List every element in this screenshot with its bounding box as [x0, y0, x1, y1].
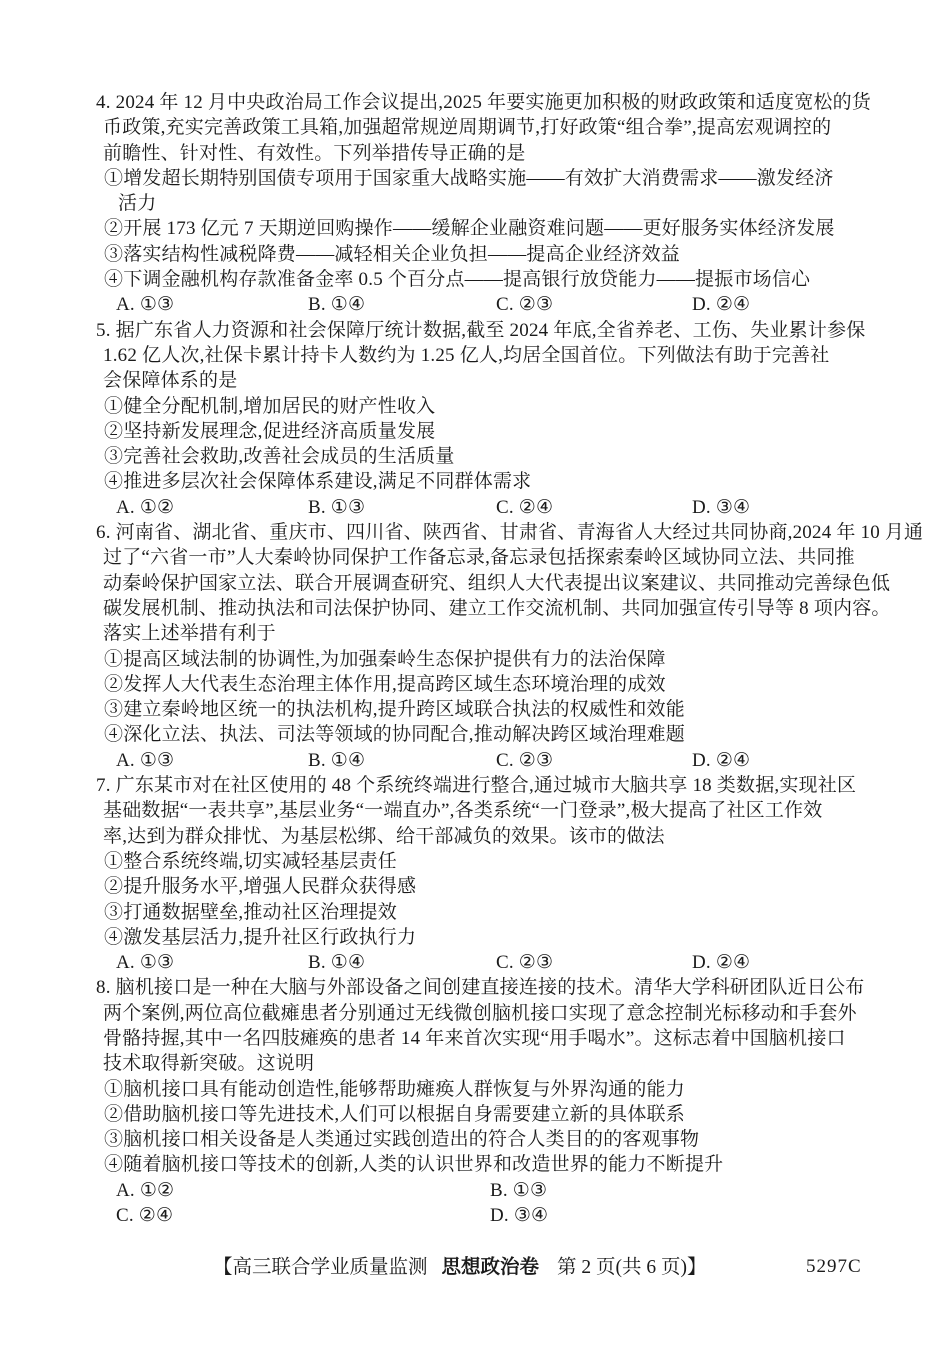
question-4-item-line: ③落实结构性减税降费——减轻相关企业负担——提高企业经济效益 [96, 242, 876, 267]
question-5-item-line: ①健全分配机制,增加居民的财产性收入 [96, 394, 876, 419]
footer-monitor-title: 【高三联合学业质量监测 [213, 1257, 428, 1278]
question-4-option-C: C. ②③ [496, 292, 553, 317]
question-4-number: 4. [96, 92, 116, 113]
question-5-number: 5. [96, 320, 116, 341]
question-4-option-B: B. ①④ [308, 292, 365, 317]
question-5-item-line: ②坚持新发展理念,促进经济高质量发展 [96, 419, 876, 444]
question-5-option-C: C. ②④ [496, 495, 553, 520]
footer-subject-title: 思想政治卷 [442, 1256, 540, 1278]
question-8-option-C: C. ②④ [116, 1203, 173, 1228]
question-5-options-row: A. ①②B. ①③C. ②④D. ③④ [96, 495, 876, 520]
question-8-item-line: ②借助脑机接口等先进技术,人们可以根据自身需要建立新的具体联系 [96, 1102, 876, 1127]
question-6-option-C: C. ②③ [496, 748, 553, 773]
question-8-option-B: B. ①③ [490, 1178, 547, 1203]
question-7-option-A: A. ①③ [116, 950, 174, 975]
question-8-option-A: A. ①② [116, 1178, 174, 1203]
question-6-item-line: ③建立秦岭地区统一的执法机构,提升跨区域联合执法的权威性和效能 [96, 697, 876, 722]
question-5-stem-line: 5.据广东省人力资源和社会保障厅统计数据,截至 2024 年底,全省养老、工伤、… [96, 318, 876, 343]
question-7-options-row: A. ①③B. ①④C. ②③D. ②④ [96, 950, 876, 975]
question-4-stem-line: 前瞻性、针对性、有效性。下列举措传导正确的是 [96, 141, 876, 166]
question-8-options-row: A. ①②B. ①③ [96, 1178, 876, 1203]
question-6-item-line: ②发挥人大代表生态治理主体作用,提高跨区域生态环境治理的成效 [96, 672, 876, 697]
question-8-number: 8. [96, 977, 116, 998]
question-5-stem-line: 1.62 亿人次,社保卡累计持卡人数约为 1.25 亿人,均居全国首位。下列做法… [96, 343, 876, 368]
question-8-item-line: ④随着脑机接口等技术的创新,人类的认识世界和改造世界的能力不断提升 [96, 1152, 876, 1177]
question-4-option-D: D. ②④ [692, 292, 750, 317]
question-8-item-line: ③脑机接口相关设备是人类通过实践创造出的符合人类目的的客观事物 [96, 1127, 876, 1152]
question-7-stem-line: 基础数据“一表共享”,基层业务“一端直办”,各类系统“一门登录”,极大提高了社区… [96, 798, 876, 823]
page-footer: 【高三联合学业质量监测思想政治卷第 2 页(共 6 页)】 [213, 1254, 707, 1281]
question-5-option-B: B. ①③ [308, 495, 365, 520]
question-5-stem-line: 会保障体系的是 [96, 368, 876, 393]
question-4-option-A: A. ①③ [116, 292, 174, 317]
question-7-item-line: ②提升服务水平,增强人民群众获得感 [96, 874, 876, 899]
footer-page-number: 第 2 页(共 6 页)】 [557, 1257, 707, 1278]
question-8-stem-line: 骨骼持握,其中一名四肢瘫痪的患者 14 年来首次实现“用手喝水”。这标志着中国脑… [96, 1026, 876, 1051]
question-7-item-line: ④激发基层活力,提升社区行政执行力 [96, 925, 876, 950]
question-4-stem-line: 4.2024 年 12 月中央政治局工作会议提出,2025 年要实施更加积极的财… [96, 90, 876, 115]
question-5-item-line: ④推进多层次社会保障体系建设,满足不同群体需求 [96, 469, 876, 494]
question-4-options-row: A. ①③B. ①④C. ②③D. ②④ [96, 292, 876, 317]
question-4-item-line: 活力 [96, 191, 876, 216]
exam-questions-container: 4.2024 年 12 月中央政治局工作会议提出,2025 年要实施更加积极的财… [96, 90, 876, 1228]
question-4-item-line: ①增发超长期特别国债专项用于国家重大战略实施——有效扩大消费需求——激发经济 [96, 166, 876, 191]
question-7-option-B: B. ①④ [308, 950, 365, 975]
question-8-item-line: ①脑机接口具有能动创造性,能够帮助瘫痪人群恢复与外界沟通的能力 [96, 1077, 876, 1102]
question-7-item-line: ③打通数据壁垒,推动社区治理提效 [96, 900, 876, 925]
question-6-options-row: A. ①③B. ①④C. ②③D. ②④ [96, 748, 876, 773]
question-8-option-D: D. ③④ [490, 1203, 548, 1228]
question-6-stem-line: 碳发展机制、推动执法和司法保护协同、建立工作交流机制、共同加强宣传引导等 8 项… [96, 596, 876, 621]
question-6-item-line: ④深化立法、执法、司法等领域的协同配合,推动解决跨区域治理难题 [96, 722, 876, 747]
question-4-item-line: ②开展 173 亿元 7 天期逆回购操作——缓解企业融资难问题——更好服务实体经… [96, 216, 876, 241]
question-6-number: 6. [96, 522, 116, 543]
question-7-number: 7. [96, 775, 116, 796]
question-4-stem-line: 币政策,充实完善政策工具箱,加强超常规逆周期调节,打好政策“组合拳”,提高宏观调… [96, 115, 876, 140]
question-7-option-D: D. ②④ [692, 950, 750, 975]
question-6-stem-line: 过了“六省一市”人大秦岭协同保护工作备忘录,备忘录包括探索秦岭区域协同立法、共同… [96, 545, 876, 570]
paper-code: 5297C [806, 1256, 862, 1278]
question-5-option-A: A. ①② [116, 495, 174, 520]
question-7-item-line: ①整合系统终端,切实减轻基层责任 [96, 849, 876, 874]
question-8-stem-line: 技术取得新突破。这说明 [96, 1051, 876, 1076]
question-6-stem-line: 6.河南省、湖北省、重庆市、四川省、陕西省、甘肃省、青海省人大经过共同协商,20… [96, 520, 876, 545]
question-8-options-row: C. ②④D. ③④ [96, 1203, 876, 1228]
question-6-item-line: ①提高区域法制的协调性,为加强秦岭生态保护提供有力的法治保障 [96, 647, 876, 672]
question-7-stem-line: 7.广东某市对在社区使用的 48 个系统终端进行整合,通过城市大脑共享 18 类… [96, 773, 876, 798]
question-4-item-line: ④下调金融机构存款准备金率 0.5 个百分点——提高银行放贷能力——提振市场信心 [96, 267, 876, 292]
question-6-option-A: A. ①③ [116, 748, 174, 773]
question-8-stem-line: 8.脑机接口是一种在大脑与外部设备之间创建直接连接的技术。清华大学科研团队近日公… [96, 975, 876, 1000]
question-7-stem-line: 率,达到为群众排忧、为基层松绑、给干部减负的效果。该市的做法 [96, 824, 876, 849]
question-8-stem-line: 两个案例,两位高位截瘫患者分别通过无线微创脑机接口实现了意念控制光标移动和手套外 [96, 1001, 876, 1026]
question-6-option-D: D. ②④ [692, 748, 750, 773]
question-6-stem-line: 落实上述举措有利于 [96, 621, 876, 646]
question-5-item-line: ③完善社会救助,改善社会成员的生活质量 [96, 444, 876, 469]
question-6-stem-line: 动秦岭保护国家立法、联合开展调查研究、组织人大代表提出议案建议、共同推动完善绿色… [96, 571, 876, 596]
question-6-option-B: B. ①④ [308, 748, 365, 773]
question-7-option-C: C. ②③ [496, 950, 553, 975]
question-5-option-D: D. ③④ [692, 495, 750, 520]
